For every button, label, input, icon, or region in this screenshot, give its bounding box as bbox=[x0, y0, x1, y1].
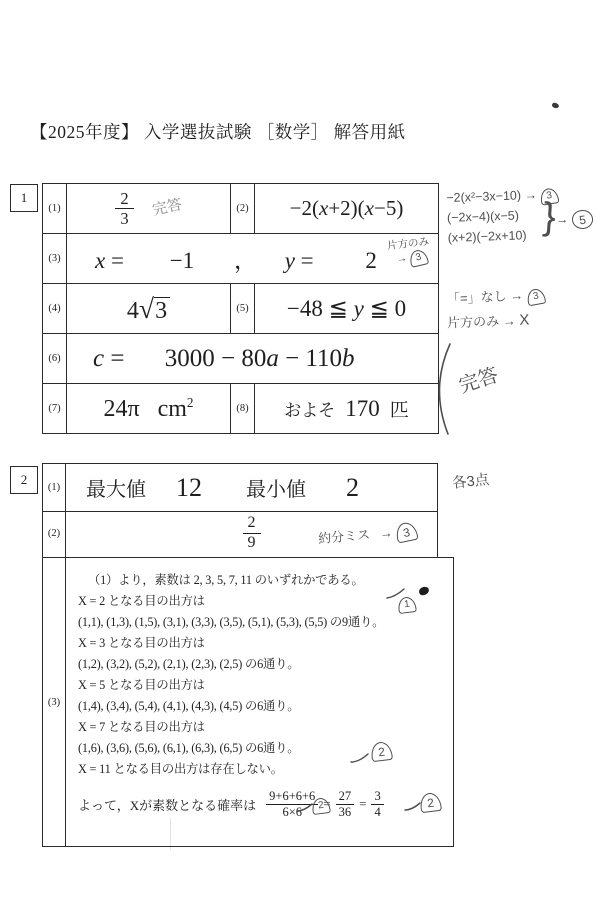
arrow: → bbox=[556, 213, 569, 227]
handwritten-text: 「=」なし bbox=[447, 288, 507, 306]
var-x: x bbox=[319, 196, 328, 220]
solution-line: (1,4), (3,4), (5,4), (4,1), (4,3), (4,5)… bbox=[78, 696, 449, 717]
handwritten-text: 片方のみ bbox=[447, 314, 500, 331]
handwritten-expansion: −2(x²−3x−10) bbox=[446, 188, 521, 205]
inequality-part: −48 ≦ bbox=[287, 296, 354, 321]
answer-7: 24π cm2 bbox=[67, 384, 231, 434]
radicand: 3 bbox=[154, 297, 170, 324]
equals-sign: = bbox=[111, 248, 124, 273]
cell-label: (1) bbox=[43, 464, 66, 511]
handwritten-hook bbox=[404, 800, 422, 812]
expr-part: −2( bbox=[290, 196, 319, 220]
cell-label-3: (3) bbox=[43, 234, 67, 284]
handwritten-kanto-large: 完答 bbox=[454, 359, 501, 399]
var-x: x bbox=[365, 196, 374, 220]
x-value: −1 bbox=[170, 248, 194, 274]
answer-2: −2(x+2)(x−5) bbox=[255, 184, 439, 234]
equals-sign: = bbox=[301, 248, 314, 273]
circled-score-5: 5 bbox=[571, 209, 594, 230]
var-y: y bbox=[285, 248, 295, 273]
fraction-two-thirds: 2 3 bbox=[115, 190, 133, 228]
page-title: 【2025年度】 入学選抜試験 ［数学］ 解答用紙 bbox=[30, 119, 406, 144]
answer-max-min: 最大値 12 最小値 2 bbox=[66, 464, 437, 511]
answer-4: 4√3 bbox=[67, 284, 231, 334]
circled-score-3: 3 bbox=[526, 287, 547, 306]
unit-cm: cm bbox=[158, 396, 187, 422]
ink-speck bbox=[551, 102, 559, 109]
table-row: (3) x = −1 ， y = 2 bbox=[43, 234, 439, 284]
var-c: c bbox=[93, 345, 104, 372]
max-value: 12 bbox=[176, 473, 202, 503]
fraction-numerator: 2 bbox=[115, 190, 133, 209]
radical-sign: √ bbox=[139, 293, 154, 324]
question1-answer-table: (1) 2 3 完答 (2) −2(x+2)(x−5) (3) x = −1 ，… bbox=[42, 183, 439, 434]
question1-number: 1 bbox=[21, 190, 28, 206]
circled-score-3: 3 bbox=[408, 248, 429, 268]
max-label: 最大値 bbox=[86, 473, 146, 502]
handwritten-note-one-side: 片方のみ → X bbox=[447, 310, 530, 332]
fraction-denominator: 36 bbox=[336, 805, 355, 819]
fraction-27-36: 27 36 bbox=[336, 790, 355, 818]
cell-label-5: (5) bbox=[231, 284, 255, 334]
table-row: (6) c = 3000 − 80a − 110b bbox=[43, 334, 439, 384]
solution-line: X = 3 となる目の出方は bbox=[78, 633, 449, 654]
solution-line: X = 7 となる目の出方は bbox=[78, 717, 449, 738]
cell-label-8: (8) bbox=[231, 384, 255, 434]
question1-number-box: 1 bbox=[10, 184, 38, 212]
answer-sheet-page: 【2025年度】 入学選抜試験 ［数学］ 解答用紙 1 (1) 2 3 完答 (… bbox=[0, 0, 600, 900]
handwritten-score-5: → 5 bbox=[556, 210, 593, 229]
arrow: → bbox=[379, 525, 393, 541]
fraction-numerator: 27 bbox=[336, 790, 355, 805]
superscript-2: 2 bbox=[187, 395, 194, 410]
question2-number: 2 bbox=[21, 472, 28, 488]
q2-row3: (3) （1）より，素数は 2, 3, 5, 7, 11 のいずれかである。 X… bbox=[42, 557, 454, 847]
answer-1: 2 3 完答 bbox=[67, 184, 231, 234]
inequality-part: ≦ 0 bbox=[364, 296, 406, 321]
cell-label-2: (2) bbox=[231, 184, 255, 234]
cell-label-4: (4) bbox=[43, 284, 67, 334]
circled-score-3: 3 bbox=[394, 520, 418, 543]
table-row: (7) 24π cm2 (8) およそ 170 匹 bbox=[43, 384, 439, 434]
conclusion-line: よって，Xが素数となる確率は 9+6+6+6 6×6 = 27 36 = 3 4 bbox=[78, 790, 449, 818]
var-y: y bbox=[354, 296, 364, 321]
radical-expression: 4√3 bbox=[127, 298, 170, 324]
comma: ， bbox=[234, 248, 257, 273]
fraction-numerator: 2 bbox=[243, 515, 261, 534]
handwritten-note-equals-missing: 「=」なし → 3 bbox=[447, 283, 546, 309]
expr-part: − 110 bbox=[279, 345, 342, 372]
cell-label-7: (7) bbox=[43, 384, 67, 434]
cell-label-6: (6) bbox=[43, 334, 67, 384]
cell-label-1: (1) bbox=[43, 184, 67, 234]
min-label: 最小値 bbox=[246, 473, 306, 502]
fraction-denominator: 4 bbox=[371, 805, 383, 819]
table-row: (4) 4√3 (5) −48 ≦ y ≦ 0 bbox=[43, 284, 439, 334]
q2-row1: (1) 最大値 12 最小値 2 bbox=[42, 463, 438, 512]
var-b: b bbox=[342, 345, 355, 372]
handwritten-partial-note: 片方のみ → 3 bbox=[387, 236, 432, 269]
solution-line: X = 5 となる目の出方は bbox=[78, 675, 449, 696]
cell-label: (2) bbox=[43, 510, 66, 557]
approx-label: およそ bbox=[284, 401, 335, 420]
handwritten-points-each: 各3点 bbox=[451, 468, 490, 493]
fraction-denominator: 9 bbox=[243, 534, 261, 552]
var-x: x bbox=[95, 248, 105, 273]
fraction-3-4: 3 4 bbox=[371, 790, 383, 818]
arrow: → bbox=[502, 313, 516, 328]
equals-sign: = bbox=[110, 345, 124, 372]
answer-6: c = 3000 − 80a − 110b bbox=[67, 334, 439, 384]
arrow: → bbox=[396, 252, 408, 265]
expr-part: −5) bbox=[374, 196, 403, 220]
fraction-denominator: 3 bbox=[115, 209, 133, 227]
fraction-numerator: 3 bbox=[371, 790, 383, 805]
y-value: 2 bbox=[365, 248, 377, 274]
handwritten-kanto: 完答 bbox=[150, 193, 184, 220]
answer-5: −48 ≦ y ≦ 0 bbox=[255, 284, 439, 334]
handwritten-hook bbox=[350, 752, 370, 764]
solution-line: (1,6), (3,6), (5,6), (6,1), (6,3), (6,5)… bbox=[78, 738, 449, 759]
arrow: → bbox=[524, 188, 537, 202]
value-24pi: 24π bbox=[103, 396, 139, 422]
solution-text: （1）より，素数は 2, 3, 5, 7, 11 のいずれかである。 X = 2… bbox=[66, 558, 453, 846]
fraction-two-ninths: 2 9 bbox=[243, 515, 261, 552]
table-row: (1) 2 3 完答 (2) −2(x+2)(x−5) bbox=[43, 184, 439, 234]
equals-sign: = bbox=[359, 796, 366, 812]
conclusion-prefix: よって，Xが素数となる確率は bbox=[78, 795, 256, 814]
cell-label: (3) bbox=[43, 558, 66, 846]
question2-number-box: 2 bbox=[10, 466, 38, 494]
var-a: a bbox=[266, 345, 279, 372]
handwritten-line: −2(x²−3x−10) → 3 bbox=[446, 184, 559, 208]
min-value: 2 bbox=[346, 473, 359, 503]
answer-3: x = −1 ， y = 2 bbox=[67, 234, 439, 284]
unit-hiki: 匹 bbox=[390, 400, 409, 421]
count-value: 170 bbox=[345, 396, 380, 421]
handwritten-hook bbox=[296, 801, 314, 813]
handwritten-curve bbox=[430, 342, 456, 436]
solution-line: (1,2), (3,2), (5,2), (2,1), (2,3), (2,5)… bbox=[78, 654, 449, 675]
solution-line: (1,1), (1,3), (1,5), (3,1), (3,3), (3,5)… bbox=[78, 612, 449, 633]
cross-mark: X bbox=[519, 312, 530, 329]
handwritten-text: 約分ミス bbox=[318, 527, 371, 546]
solution-line: X = 11 となる目の出方は存在しない。 bbox=[78, 759, 449, 780]
coefficient: 4 bbox=[127, 298, 139, 324]
expr-part: 3000 − 80 bbox=[165, 345, 267, 372]
answer-8: およそ 170 匹 bbox=[255, 384, 439, 434]
expr-part: +2)( bbox=[328, 196, 364, 220]
arrow: → bbox=[510, 288, 524, 304]
